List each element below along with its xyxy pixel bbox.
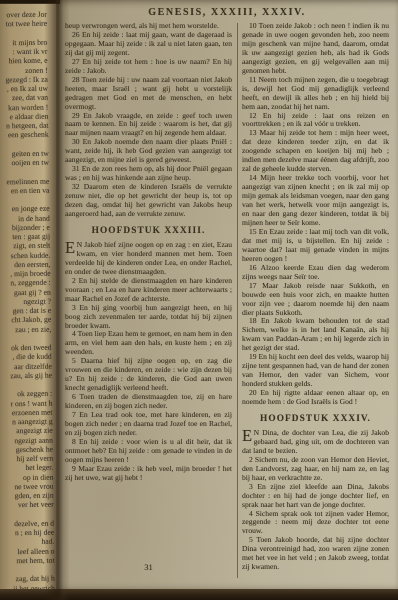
previous-page-line-fragment: schen kudde. [0,250,50,260]
previous-page-line-fragment: en jonge eze [0,204,50,214]
verse-paragraph: 27 En hij zeide tot hem : hoe is uw naam… [65,58,232,76]
book-bottom-edge [0,589,398,600]
previous-page-line-fragment: ooijen en tw [0,158,49,168]
previous-page-line-fragment: n, zeggende : [0,278,51,288]
previous-page-line-fragment: het leger. [2,463,53,473]
book-page: GENESIS, XXXIII, XXXIV. heup verwrongen … [56,0,398,590]
verse-paragraph: 30 En Jakob noemde den naam dier plaats … [65,138,232,165]
verse-paragraph: 29 En Jakob vraagde, en zeide : geef toc… [65,112,232,139]
verse-paragraph: 6 Toen traden de dienstmaagden toe, zij … [65,393,232,411]
previous-page-line-fragment: emelinnen me [0,176,49,186]
verse-paragraph: 13 Maar hij zeide tot hem : mijn heer we… [242,129,389,174]
verse-paragraph: 26 En hij zeide : laat mij gaan, want de… [65,31,232,58]
verse-paragraph: 20 En hij rigtte aldaar eenen altaar op,… [242,389,389,407]
previous-page-line-fragment: op in dien [2,472,53,482]
verse-paragraph: 11 Neem toch mijnen zegen, die u toegebr… [242,76,389,112]
verse-paragraph: 5 Toen Jakob hoorde, dat hij zijne docht… [242,536,389,572]
verse-paragraph: 19 En hij kocht een deel des velds, waar… [242,353,389,389]
previous-page-line-fragment: r ons ! want h [1,398,52,408]
drop-cap-initial: E [242,429,254,444]
previous-page-line-fragment: , die de kudd [1,352,52,362]
text-columns: heup verwrongen werd, als hij met hem wo… [56,18,398,582]
previous-page-edge: over deze Jortot twee heireit mijns bro:… [0,3,56,592]
verse-paragraph: 17 Maar Jakob reisde naar Sukkoth, en bo… [242,282,389,318]
book-photo: { "photo": { "paper_color": "#b6ad93", "… [0,0,398,600]
verse-paragraph: 32 Daarom eten de kinderen Israëls de ve… [65,183,232,219]
verse-paragraph: 15 En Ezau zeide : laat mij toch van dit… [242,228,389,264]
left-text-column: heup verwrongen werd, als hij met hem wo… [65,22,232,582]
previous-page-line-fragment: zau ; en zie, [0,324,51,334]
verse-paragraph: 12 En hij zeide : laat ons reizen en voo… [242,112,389,130]
verse-paragraph: 31 En de zon rees hem op, als hij door P… [65,165,232,183]
previous-page-line-fragment: ver het veer [3,500,54,510]
verse-paragraph: 5 Daarna hief hij zijne oogen op, en zag… [65,357,232,393]
previous-page-line-fragment: angezigt zie [2,426,53,436]
verse-paragraph: 4 Toen liep Ezau hem te gemoet, en nam h… [65,330,232,357]
column-divider-rule [237,23,238,578]
previous-page-line-fragment: met hem, tot [3,555,54,565]
previous-page-text: over deze Jortot twee heireit mijns bro:… [0,10,55,592]
previous-page-line-fragment: en en tien va [0,185,49,195]
verse-paragraph: 3 En hij ging voorbij hun aangezigt heen… [65,304,232,331]
verse-paragraph: 14 Mijn heer trekke toch voorbij, voor h… [242,174,389,228]
verse-paragraph: 10 Toen zeide Jakob : och neen ! indien … [242,22,389,76]
previous-page-line-fragment: ok zeggen : [1,389,52,399]
verse-paragraph: 2 Sichem nu, de zoon van Hemor den Hevie… [242,456,389,483]
previous-page-line-fragment: zonen ! [0,65,48,75]
verse-paragraph: 8 En hij zeide : voor wien is u al dit h… [65,438,232,465]
previous-page-line-fragment: een geschenk [0,130,49,140]
verse-paragraph: 3 En zijne ziel kleefde aan Dina, Jakobs… [242,483,389,510]
page-number: 31 [65,562,232,572]
drop-cap-initial: E [65,241,77,256]
previous-page-line-fragment: aar ditzelfde [1,361,52,371]
previous-page-line-fragment: zag, dat hij h [4,574,55,584]
verse-paragraph: 18 En Jakob kwam behouden tot de stad Si… [242,317,389,353]
chapter-opening-verse: EN Dina, de dochter van Lea, die zij Jak… [242,429,389,456]
chapter-opening-verse: EN Jakob hief zijne oogen op en zag : en… [65,241,232,277]
previous-page-line-fragment: gaat gij ? en [0,287,51,297]
previous-page-line-fragment: cht Jakob, ge [0,315,51,325]
chapter-heading: HOOFDSTUK XXXIII. [65,227,232,236]
previous-page-line-fragment: ngezigt aann [2,435,53,445]
previous-page-line-fragment: hien kome, e [0,56,48,66]
previous-page-line-fragment: had. [3,537,54,547]
verse-paragraph: 16 Alzoo keerde Ezau dien dag wederom zi… [242,264,389,282]
previous-page-line-fragment: zigt, en stelt [0,241,50,251]
previous-page-line-fragment: zee, dat van [0,93,48,103]
verse-paragraph: 2 En hij stelde de dienstmaagden en hare… [65,277,232,304]
right-text-column: 10 Toen zeide Jakob : och neen ! indien … [242,22,389,582]
verse-paragraph: 28 Toen zeide hij : uw naam zal voortaan… [65,76,232,112]
verse-paragraph: 4 Sichem sprak ook tot zijnen vader Hemo… [242,510,389,537]
previous-page-line-fragment: tot twee heire [0,19,47,29]
verse-paragraph: 9 Maar Ezau zeide : ik heb veel, mijn br… [65,465,232,483]
previous-page-line-fragment: in de hand [0,213,50,223]
chapter-heading: HOOFDSTUK XXXIV. [242,415,389,424]
previous-page-line-fragment: leef alleen o [3,546,54,556]
previous-page-line-fragment: kan worden ! [0,102,48,112]
previous-page-line-fragment: zau, als gij he [1,370,52,380]
verse-paragraph: 7 En Lea trad ook toe, met hare kinderen… [65,411,232,438]
book-top-edge [0,0,60,4]
running-header: GENESIS, XXXIII, XXXIV. [56,7,398,18]
